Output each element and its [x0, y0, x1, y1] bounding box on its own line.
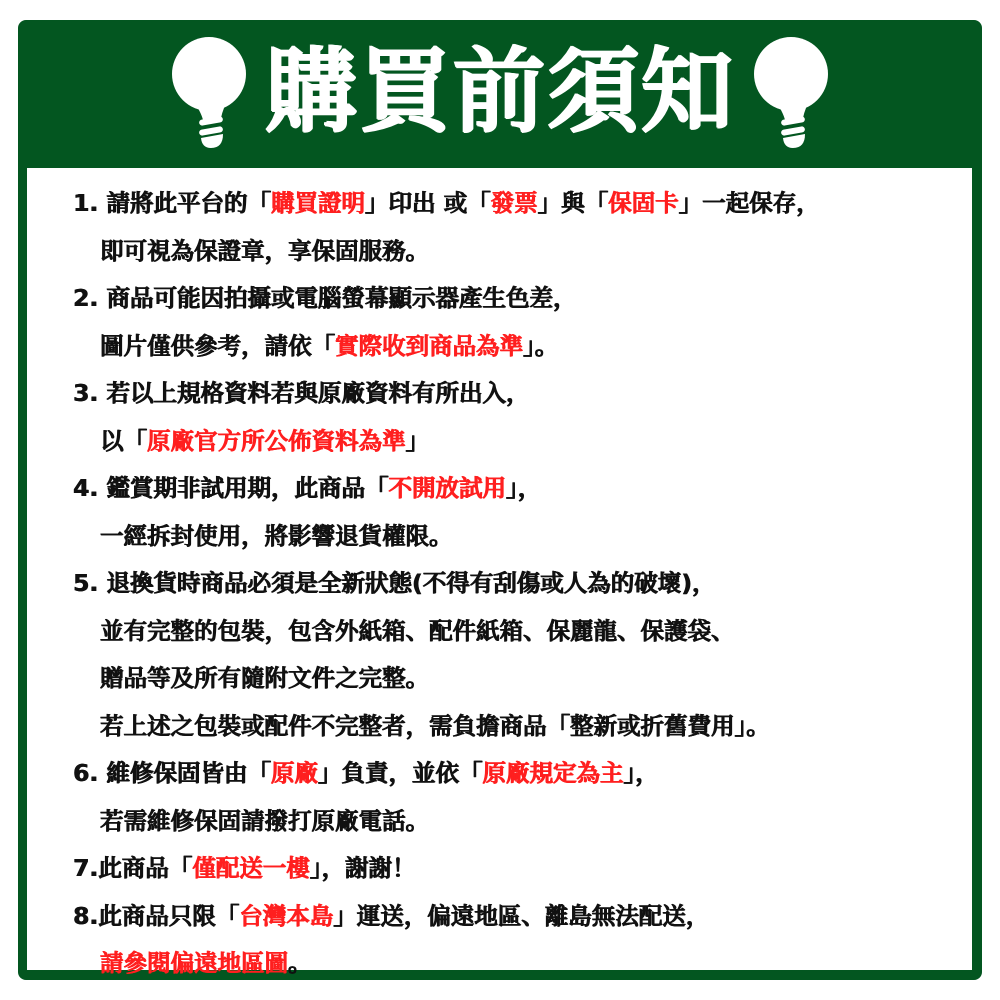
text: 」，	[623, 759, 658, 787]
notice-4-line-1: 4. 鑑賞期非試用期，此商品「不開放試用」，	[73, 465, 963, 513]
highlight-text: 購買證明	[271, 189, 365, 217]
text: 圖片僅供參考，請依「	[100, 332, 335, 360]
notice-8-line-1: 8.此商品只限「台灣本島」運送，偏遠地區、離島無法配送，	[73, 893, 963, 941]
notice-2-line-2: 圖片僅供參考，請依「實際收到商品為準」。	[73, 323, 963, 371]
page-title: 購買前須知	[265, 46, 735, 138]
notice-6-line-1: 6. 維修保固皆由「原廠」負責，並依「原廠規定為主」，	[73, 750, 963, 798]
notice-1-line-2: 即可視為保證章，享保固服務。	[73, 228, 963, 276]
highlight-text: 僅配送一樓	[192, 854, 310, 882]
highlight-text: 請參閱偏遠地區圖	[100, 949, 288, 977]
text: 」運送，偏遠地區、離島無法配送，	[333, 902, 709, 930]
highlight-text: 原廠規定為主	[482, 759, 623, 787]
text: 」負責，並依「	[318, 759, 483, 787]
notice-7-line-1: 7.此商品「僅配送一樓」，謝謝！	[73, 845, 963, 893]
text: 一經拆封使用，將影響退貨權限。	[100, 522, 453, 550]
notice-5-line-3: 贈品等及所有隨附文件之完整。	[73, 655, 963, 703]
notice-3-line-2: 以「原廠官方所公佈資料為準」	[73, 418, 963, 466]
text: 3. 若以上規格資料若與原廠資料有所出入，	[73, 379, 529, 407]
notice-3-line-1: 3. 若以上規格資料若與原廠資料有所出入，	[73, 370, 963, 418]
notice-5-line-1: 5. 退換貨時商品必須是全新狀態(不得有刮傷或人為的破壞)，	[73, 560, 963, 608]
highlight-text: 實際收到商品為準	[335, 332, 523, 360]
text: 若上述之包裝或配件不完整者，需負擔商品「整新或折舊費用」。	[100, 712, 770, 740]
highlight-text: 原廠官方所公佈資料為準	[147, 427, 406, 455]
text: 6. 維修保固皆由「	[73, 759, 271, 787]
highlight-text: 發票	[491, 189, 538, 217]
text: 2. 商品可能因拍攝或電腦螢幕顯示器產生色差，	[73, 284, 576, 312]
notice-8-line-2: 請參閱偏遠地區圖。	[73, 940, 963, 988]
notice-6-line-2: 若需維修保固請撥打原廠電話。	[73, 798, 963, 846]
text: 」，謝謝！	[310, 854, 416, 882]
text: 」，	[506, 474, 541, 502]
lightbulb-icon	[753, 34, 829, 154]
text: 4. 鑑賞期非試用期，此商品「	[73, 474, 388, 502]
highlight-text: 保固卡	[608, 189, 679, 217]
text: 」一起保存，	[679, 189, 820, 217]
notice-4-line-2: 一經拆封使用，將影響退貨權限。	[73, 513, 963, 561]
highlight-text: 台灣本島	[239, 902, 333, 930]
text: 1. 請將此平台的「	[73, 189, 271, 217]
text: 即可視為保證章，享保固服務。	[100, 237, 429, 265]
notice-frame: 購買前須知 1. 請將此平台的「購買證明」印出 或「發票」與「保固卡」一起保存，…	[18, 20, 982, 980]
lightbulb-icon	[171, 34, 247, 154]
text: 」	[406, 427, 430, 455]
text: 」印出 或「	[365, 189, 491, 217]
notice-list: 1. 請將此平台的「購買證明」印出 或「發票」與「保固卡」一起保存， 即可視為保…	[73, 180, 963, 988]
text: 8.此商品只限「	[73, 902, 239, 930]
text: 」。	[523, 332, 558, 360]
text: 若需維修保固請撥打原廠電話。	[100, 807, 429, 835]
highlight-text: 原廠	[271, 759, 318, 787]
notice-panel: 1. 請將此平台的「購買證明」印出 或「發票」與「保固卡」一起保存， 即可視為保…	[27, 168, 972, 970]
text: 並有完整的包裝，包含外紙箱、配件紙箱、保麗龍、保護袋、	[100, 617, 735, 645]
notice-5-line-4: 若上述之包裝或配件不完整者，需負擔商品「整新或折舊費用」。	[73, 703, 963, 751]
text: 以「	[100, 427, 147, 455]
text: 。	[288, 949, 312, 977]
text: 贈品等及所有隨附文件之完整。	[100, 664, 429, 692]
highlight-text: 不開放試用	[388, 474, 506, 502]
notice-2-line-1: 2. 商品可能因拍攝或電腦螢幕顯示器產生色差，	[73, 275, 963, 323]
text: 5. 退換貨時商品必須是全新狀態(不得有刮傷或人為的破壞)，	[73, 569, 715, 597]
text: 7.此商品「	[73, 854, 192, 882]
text: 」與「	[538, 189, 609, 217]
header-banner: 購買前須知	[18, 20, 982, 168]
notice-1-line-1: 1. 請將此平台的「購買證明」印出 或「發票」與「保固卡」一起保存，	[73, 180, 963, 228]
notice-5-line-2: 並有完整的包裝，包含外紙箱、配件紙箱、保麗龍、保護袋、	[73, 608, 963, 656]
